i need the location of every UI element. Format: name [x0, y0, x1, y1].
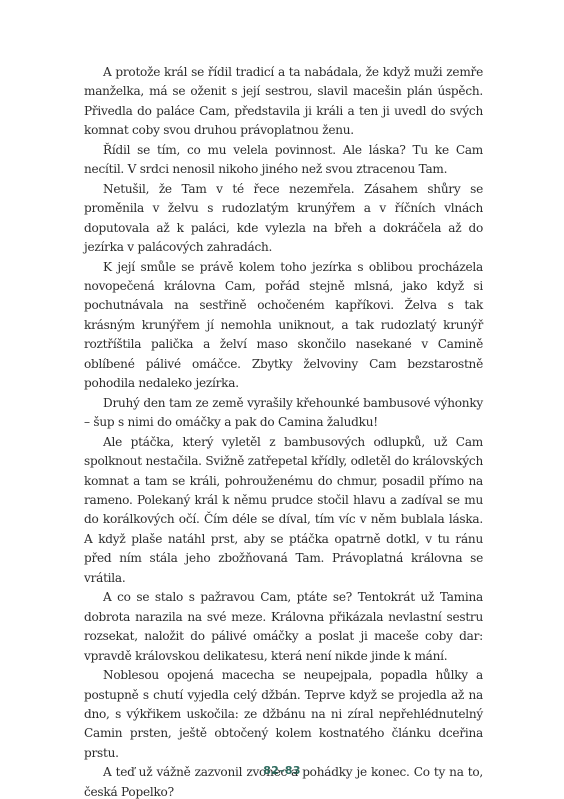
book-page: A protože král se řídil tradicí a ta nab… [0, 0, 564, 799]
paragraph: Ale ptáčka, který vyletěl z bambusových … [84, 433, 483, 589]
paragraph: A protože král se řídil tradicí a ta nab… [84, 63, 483, 141]
paragraph: A co se stalo s pažravou Cam, ptáte se? … [84, 588, 483, 666]
paragraph: K její smůle se právě kolem toho jezírka… [84, 258, 483, 394]
paragraph: Řídil se tím, co mu velela povinnost. Al… [84, 141, 483, 180]
body-text: A protože král se řídil tradicí a ta nab… [84, 63, 483, 799]
paragraph: Netušil, že Tam v té řece nezemřela. Zás… [84, 180, 483, 258]
paragraph: Druhý den tam ze země vyrašily křehounké… [84, 394, 483, 433]
paragraph: Noblesou opojená macecha se neupejpala, … [84, 666, 483, 763]
page-number: 82–83 [0, 764, 564, 777]
